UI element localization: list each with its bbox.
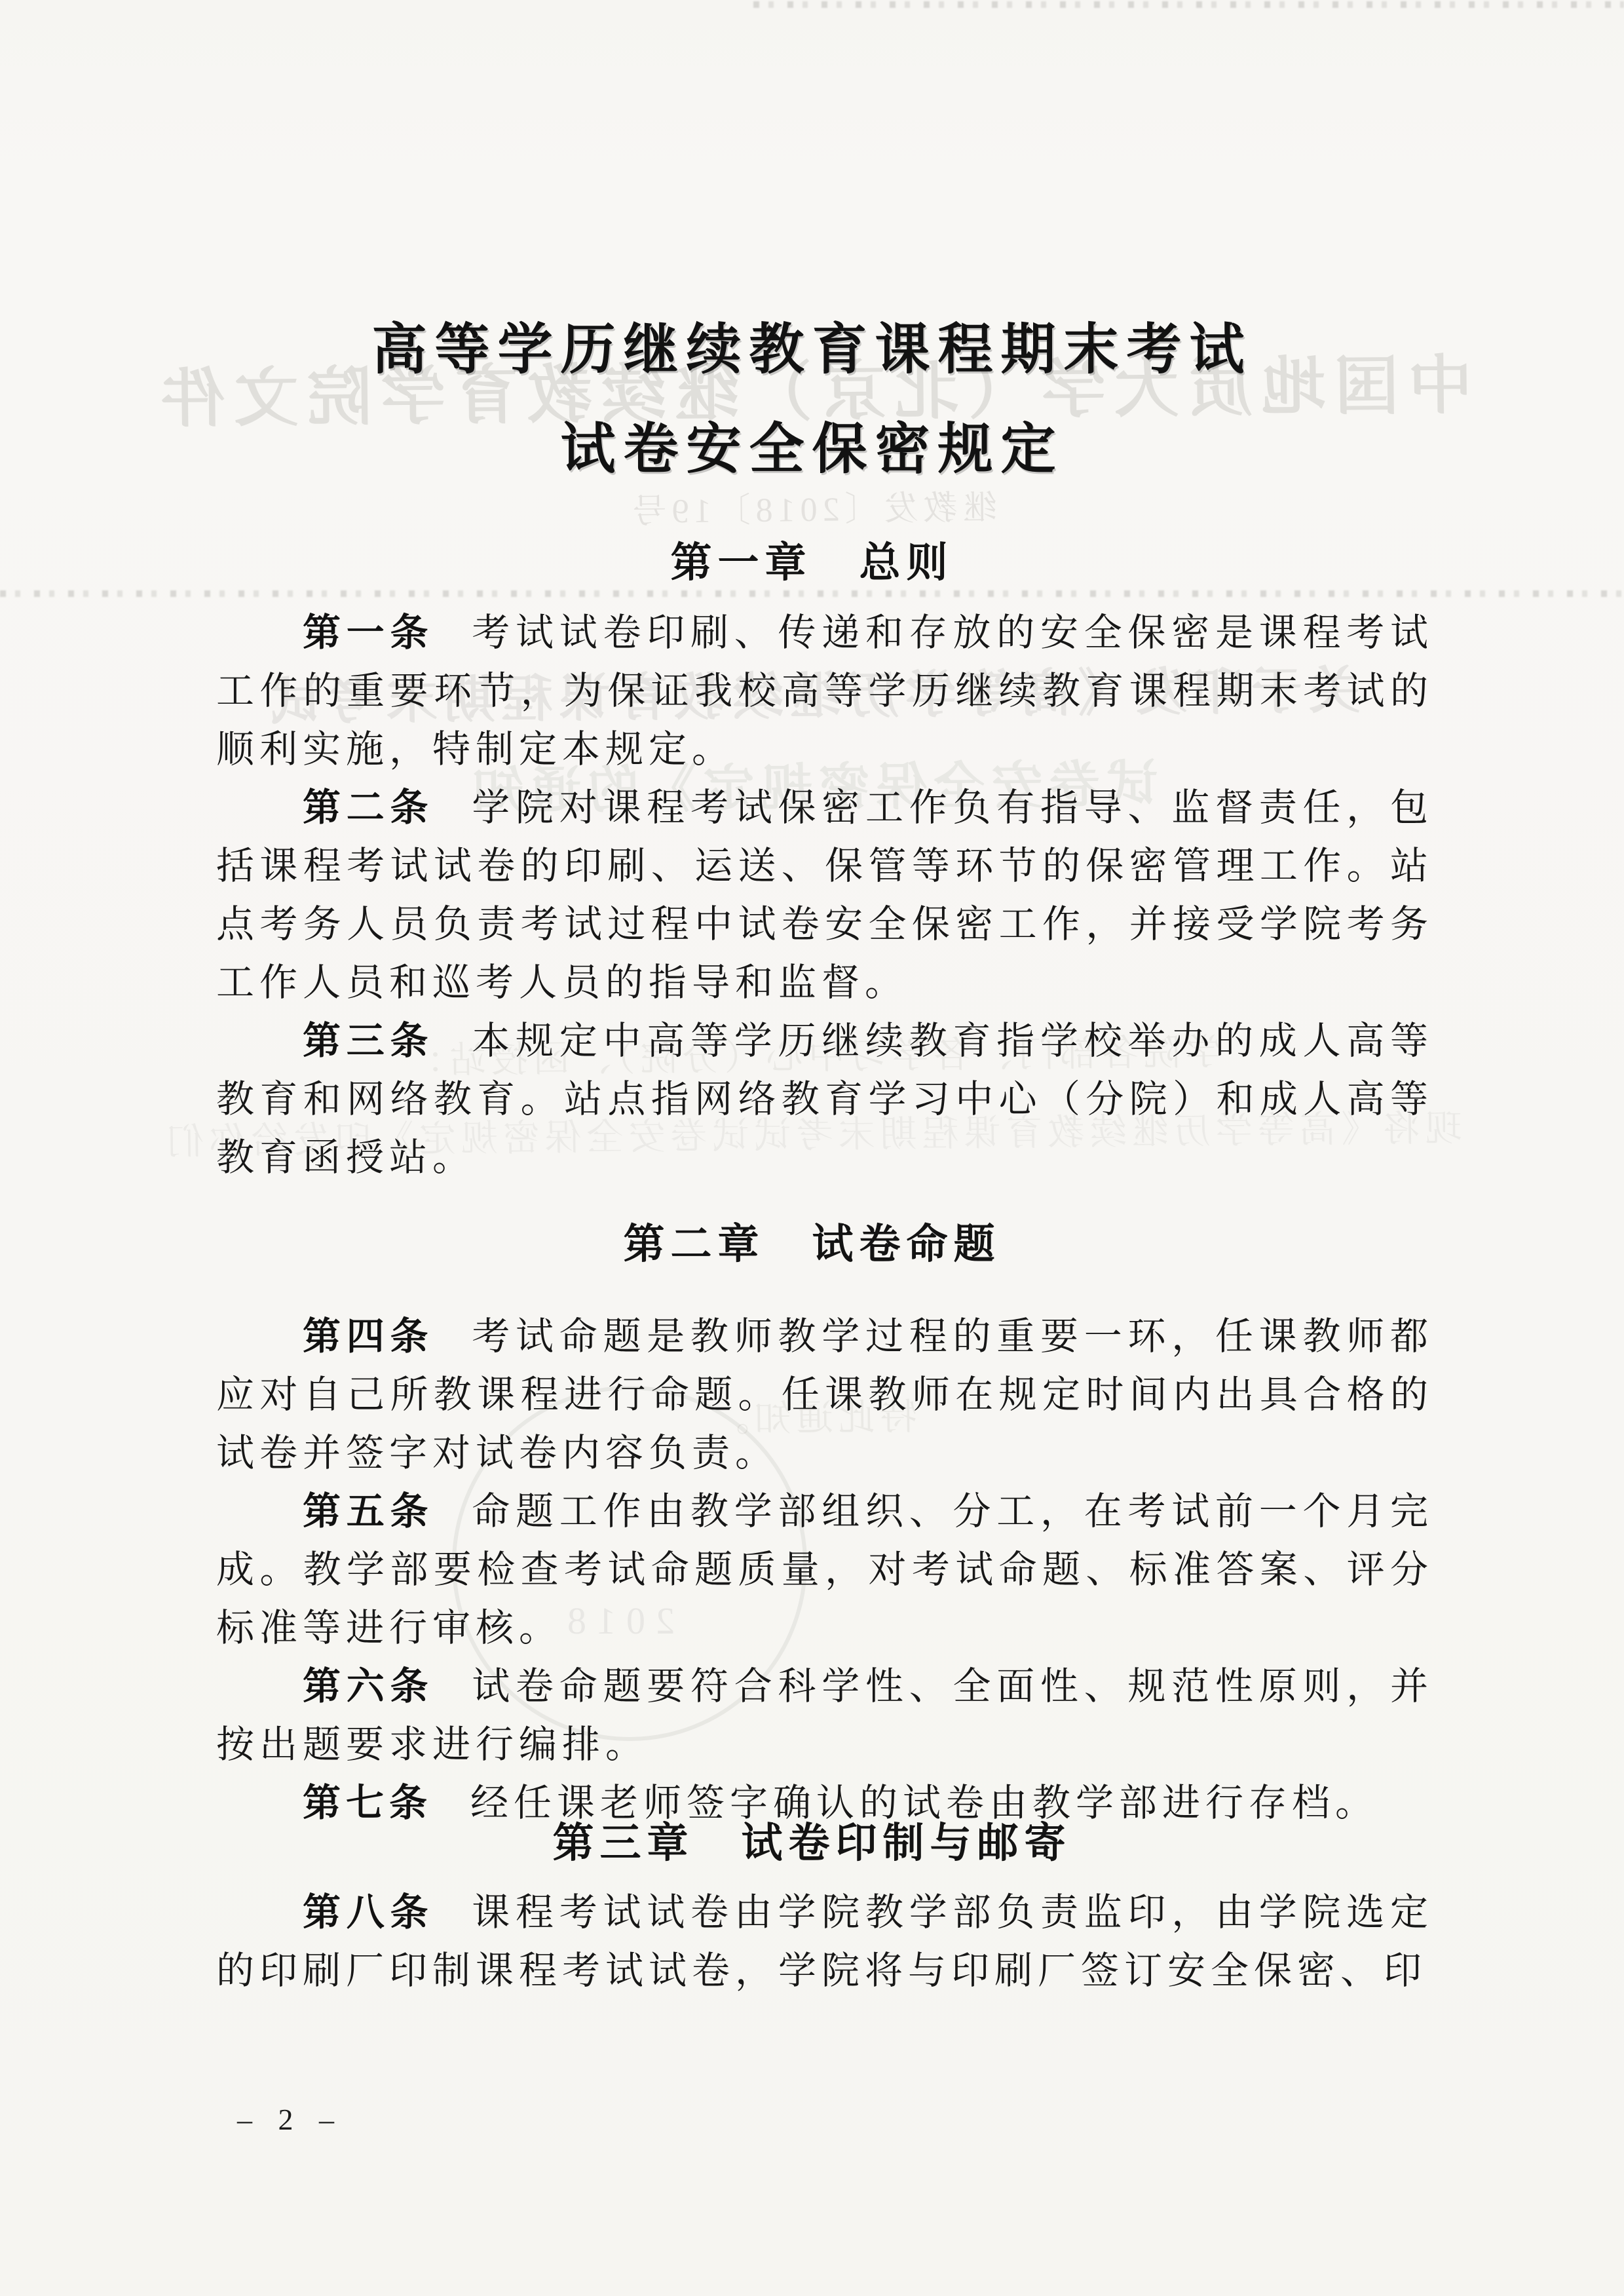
clause-3-paragraph: 第三条本规定中高等学历继续教育指学校举办的成人高等教育和网络教育。站点指网络教育… xyxy=(216,1012,1433,1187)
document-title-line-2: 试卷安全保密规定 xyxy=(0,405,1624,484)
chapter-1-body: 第一条考试试卷印刷、传递和存放的安全保密是课程考试工作的重要环节，为保证我校高等… xyxy=(216,603,1433,1187)
chapter-3-body: 第八条课程考试试卷由学院教学部负责监印，由学院选定的印刷厂印制课程考试试卷，学院… xyxy=(216,1883,1433,2000)
clause-4-label: 第四条 xyxy=(303,1315,434,1358)
scan-noise-streak-top xyxy=(753,1,1624,8)
clause-8-label: 第八条 xyxy=(303,1891,434,1934)
scanned-document-page: 中国地质大学（北京）继续教育学院文件 继教发〔2018〕19号 关于印发《高等学… xyxy=(0,0,1624,2296)
clause-6-paragraph: 第六条试卷命题要符合科学性、全面性、规范性原则，并按出题要求进行编排。 xyxy=(216,1657,1433,1774)
clause-6-label: 第六条 xyxy=(303,1665,434,1708)
clause-2-paragraph: 第二条学院对课程考试保密工作负有指导、监督责任，包括课程考试试卷的印刷、运送、保… xyxy=(216,778,1433,1012)
clause-1-paragraph: 第一条考试试卷印刷、传递和存放的安全保密是课程考试工作的重要环节，为保证我校高等… xyxy=(216,603,1433,778)
clause-2-label: 第二条 xyxy=(303,786,434,829)
chapter-3-heading: 第三章 试卷印制与邮寄 xyxy=(0,1810,1624,1869)
clause-3-label: 第三条 xyxy=(303,1020,434,1062)
chapter-2-body: 第四条考试命题是教师教学过程的重要一环，任课教师都应对自己所教课程进行命题。任课… xyxy=(216,1307,1433,1832)
clause-5-label: 第五条 xyxy=(303,1490,434,1533)
clause-8-paragraph: 第八条课程考试试卷由学院教学部负责监印，由学院选定的印刷厂印制课程考试试卷，学院… xyxy=(216,1883,1433,2000)
document-title-line-1: 高等学历继续教育课程期末考试 xyxy=(0,305,1624,385)
chapter-1-heading: 第一章 总则 xyxy=(0,529,1624,589)
scan-noise-streak-middle xyxy=(0,590,1624,597)
chapter-2-heading: 第二章 试卷命题 xyxy=(0,1211,1624,1271)
clause-5-paragraph: 第五条命题工作由教学部组织、分工，在考试前一个月完成。教学部要检查考试命题质量，… xyxy=(216,1482,1433,1657)
clause-1-label: 第一条 xyxy=(303,611,434,654)
page-number: – 2 – xyxy=(237,2102,343,2137)
clause-4-paragraph: 第四条考试命题是教师教学过程的重要一环，任课教师都应对自己所教课程进行命题。任课… xyxy=(216,1307,1433,1482)
